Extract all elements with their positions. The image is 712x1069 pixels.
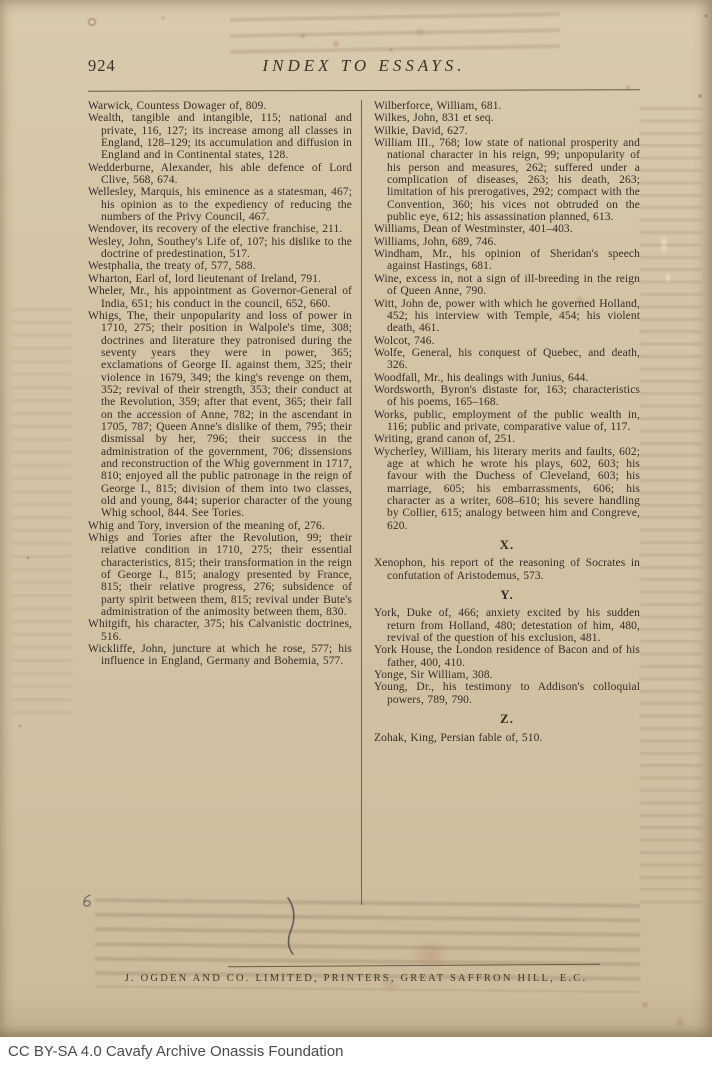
index-entry: Wordsworth, Byron's distaste for, 163; c… (374, 384, 640, 409)
index-entry: Works, public, employment of the public … (374, 409, 640, 434)
index-entry: Wickliffe, John, juncture at which he ro… (88, 643, 352, 668)
bleed-through-right-margin (640, 100, 702, 910)
header-rule (88, 89, 640, 91)
index-entry: Woodfall, Mr., his dealings with Junius,… (374, 372, 640, 384)
index-entry: Wedderburne, Alexander, his able defence… (88, 162, 352, 187)
printer-rule (228, 964, 600, 968)
index-column-left: Warwick, Countess Dowager of, 809.Wealth… (88, 100, 352, 668)
index-entry: Wilkie, David, 627. (374, 125, 640, 137)
index-entry: Wolfe, General, his conquest of Quebec, … (374, 347, 640, 372)
index-entry: York, Duke of, 466; anxiety excited by h… (374, 607, 640, 644)
printer-imprint: J. OGDEN AND CO. LIMITED, PRINTERS, GREA… (44, 973, 668, 984)
bleed-through-left-margin (12, 300, 72, 720)
index-entry: Wesley, John, Southey's Life of, 107; hi… (88, 236, 352, 261)
index-entry: Wheler, Mr., his appointment as Governor… (88, 285, 352, 310)
index-entry: Whigs and Tories after the Revolution, 9… (88, 532, 352, 618)
index-entry: Wilkes, John, 831 et seq. (374, 112, 640, 124)
index-columns: Warwick, Countess Dowager of, 809.Wealth… (88, 100, 640, 905)
index-entry: Whigs, The, their unpopularity and loss … (88, 310, 352, 520)
index-section-heading: X. (374, 539, 640, 551)
index-entry: Wolcot, 746. (374, 335, 640, 347)
index-entry: Young, Dr., his testimony to Addison's c… (374, 681, 640, 706)
index-entry: Wendover, its recovery of the elective f… (88, 223, 352, 235)
index-entry: Yonge, Sir William, 308. (374, 669, 640, 681)
index-entry: Whig and Tory, inversion of the meaning … (88, 520, 352, 532)
index-entry: Wilberforce, William, 681. (374, 100, 640, 112)
index-entry: Wellesley, Marquis, his eminence as a st… (88, 186, 352, 223)
index-entry: York House, the London residence of Baco… (374, 644, 640, 669)
index-entry: William III., 768; low state of national… (374, 137, 640, 223)
index-entry: Wealth, tangible and intangible, 115; na… (88, 112, 352, 161)
index-column-right: Wilberforce, William, 681.Wilkes, John, … (361, 100, 640, 905)
index-entry: Williams, Dean of Westminster, 401–403. (374, 223, 640, 235)
scanned-page: 924 INDEX TO ESSAYS. Warwick, Countess D… (0, 0, 712, 1037)
index-entry: Windham, Mr., his opinion of Sheridan's … (374, 248, 640, 273)
pen-squiggle-mark (278, 896, 304, 956)
index-entry: Witt, John de, power with which he gover… (374, 298, 640, 335)
index-entry: Xenophon, his report of the reasoning of… (374, 557, 640, 582)
index-entry: Wine, excess in, not a sign of ill-breed… (374, 273, 640, 298)
index-section-heading: Z. (374, 713, 640, 725)
license-caption: CC BY-SA 4.0 Cavafy Archive Onassis Foun… (0, 1037, 712, 1069)
index-entry: Westphalia, the treaty of, 577, 588. (88, 260, 352, 272)
index-entry: Wycherley, William, his literary merits … (374, 446, 640, 532)
index-entry: Wharton, Earl of, lord lieutenant of Ire… (88, 273, 352, 285)
index-entry: Warwick, Countess Dowager of, 809. (88, 100, 352, 112)
index-entry: Zohak, King, Persian fable of, 510. (374, 732, 640, 744)
page-title: INDEX TO ESSAYS. (88, 56, 640, 76)
index-entry: Writing, grand canon of, 251. (374, 433, 640, 445)
index-entry: Whitgift, his character, 375; his Calvan… (88, 618, 352, 643)
bleed-through-top (230, 5, 560, 55)
index-entry: Williams, John, 689, 746. (374, 236, 640, 248)
index-section-heading: Y. (374, 589, 640, 601)
